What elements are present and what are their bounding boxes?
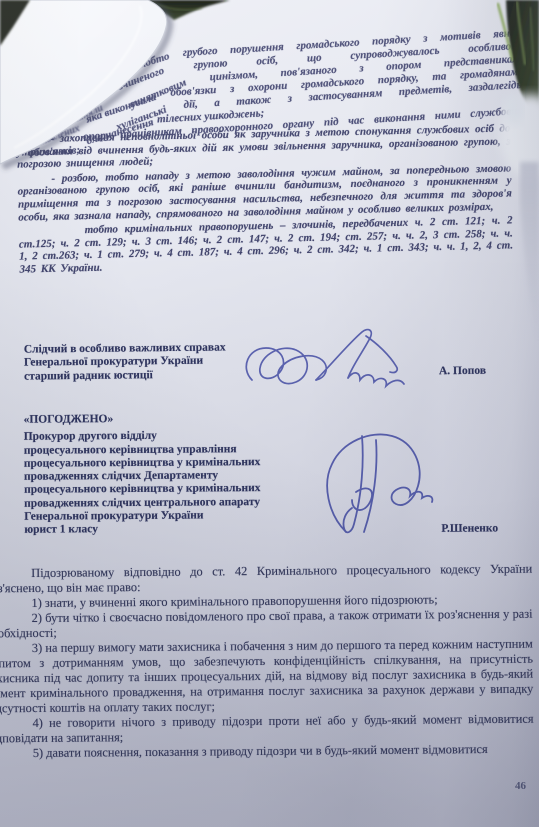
rights-item: 4) не говорити нічого з приводу підозри …	[0, 712, 534, 747]
signature-stroke	[343, 436, 362, 532]
investigator-name: А. Попов	[439, 365, 486, 379]
page-number: 46	[515, 780, 526, 792]
rights-item: 3) на першу вимогу мати захисника і поба…	[0, 637, 533, 717]
rights-intro: Підозрюваному відповідно до ст. 42 Кримі…	[0, 562, 532, 597]
rights-block: Підозрюваному відповідно до ст. 42 Кримі…	[0, 562, 534, 762]
grass-blade	[530, 8, 534, 70]
rights-item: 2) бути чітко і своєчасно повідомленого …	[0, 607, 533, 642]
page-edge-shadow	[520, 162, 539, 345]
charges-paragraph: - розбою, тобто нападу з метою заволодін…	[17, 162, 512, 224]
approved-label: «ПОГОДЖЕНО»	[24, 410, 516, 427]
approved-block: «ПОГОДЖЕНО» Прокурор другого відділу про…	[24, 410, 517, 548]
approver-name: Р.Шененко	[441, 522, 498, 536]
signature-stroke	[246, 348, 326, 384]
signature-stroke	[348, 373, 404, 386]
charges-paragraph: тобто кримінальних правопорушень – злочи…	[19, 215, 514, 277]
signature-stroke	[366, 336, 397, 373]
signature-stroke	[327, 434, 432, 532]
rights-item: 5) давати пояснення, показання з приводу…	[0, 742, 534, 762]
signature-stroke	[364, 440, 377, 532]
signature-stroke	[352, 488, 372, 510]
dark-corner	[0, 0, 30, 46]
signature-stroke	[316, 330, 371, 380]
vegetation-top-blade	[140, 0, 230, 20]
charges-paragraphs: - захоплення неповнолітньої особи як зар…	[16, 122, 513, 278]
document-photo: суспільства, та ності, припиняли товлени…	[0, 0, 539, 827]
signature-popov	[238, 326, 438, 408]
signature-shenenko	[316, 428, 440, 544]
leaf-highlight	[150, 2, 202, 10]
